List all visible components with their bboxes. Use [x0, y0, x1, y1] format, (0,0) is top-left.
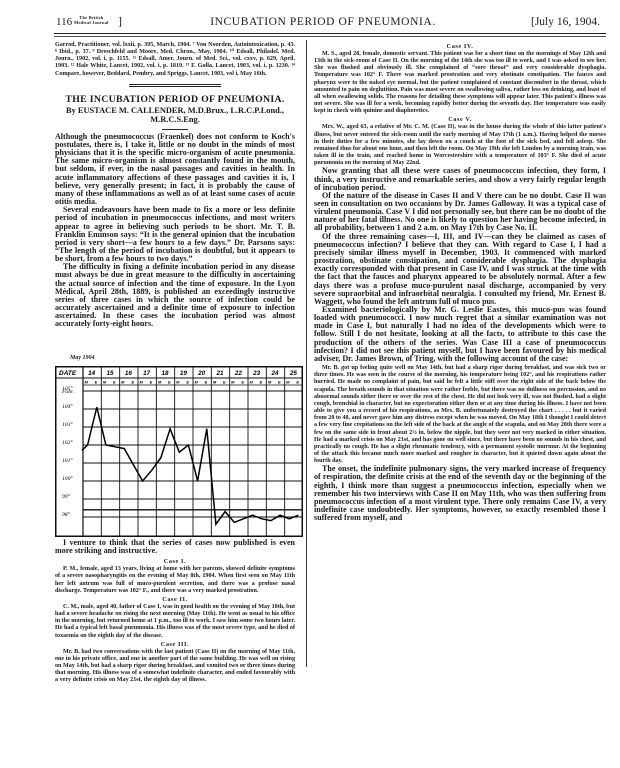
- date-column-label: 17: [143, 370, 151, 377]
- right-column: Case IV. M. S., aged 28, female, domesti…: [314, 42, 606, 522]
- morning-label: M: [85, 380, 89, 385]
- y-tick-label: 102°: [62, 439, 73, 446]
- references: Garrod, Practitioner, vol. lxxii, p. 395…: [55, 42, 295, 78]
- case-text: Mrs. W., aged 63, a relative of Mr. C. M…: [314, 124, 606, 167]
- paragraph-intro: Although the pneumococcus (Fraenkel) doe…: [55, 133, 295, 206]
- paragraph-venture: I venture to think that the series of ca…: [55, 539, 295, 555]
- evening-label: E: [150, 380, 153, 385]
- article-title: THE INCUBATION PERIOD OF PNEUMONIA.: [55, 94, 295, 106]
- y-tick-label: 99°: [62, 493, 71, 500]
- date-column-label: 15: [107, 370, 115, 377]
- title-separator: [162, 129, 188, 130]
- y-tick-label: 105°: [62, 385, 73, 392]
- date-column-label: 23: [252, 370, 261, 377]
- date-header-label: DATE: [59, 370, 77, 377]
- date-column-label: 24: [271, 370, 280, 377]
- paragraph-difficulty: The difficulty in fixing a definite incu…: [55, 263, 295, 328]
- column-divider: [306, 572, 307, 667]
- header-rule: [54, 33, 606, 34]
- header-rule-thin: [54, 36, 606, 37]
- morning-label: M: [103, 380, 107, 385]
- left-column-bottom: I venture to think that the series of ca…: [55, 539, 295, 685]
- morning-label: M: [121, 380, 125, 385]
- left-column-top: Garrod, Practitioner, vol. lxxii, p. 395…: [55, 42, 295, 329]
- date-column-label: 22: [234, 370, 243, 377]
- column-divider: [306, 312, 307, 572]
- evening-label: E: [168, 380, 171, 385]
- issue-date: [July 16, 1904.: [531, 16, 600, 28]
- case-heading: Case III.: [55, 641, 295, 649]
- evening-label: E: [278, 380, 281, 385]
- evening-label: E: [296, 380, 299, 385]
- case-heading: Case I.: [55, 558, 295, 566]
- case-text: M. S., aged 28, female, domestic servant…: [314, 51, 606, 115]
- evening-label: E: [260, 380, 263, 385]
- case-text: C. M., male, aged 40, father of Case I, …: [55, 604, 295, 640]
- date-column-label: 18: [162, 370, 170, 377]
- temperature-chart: DATE14ME15ME16ME17ME18ME19ME20ME21ME22ME…: [55, 366, 303, 537]
- date-column-label: 16: [125, 370, 133, 377]
- evening-label: E: [186, 380, 189, 385]
- paragraph-bacteriology: Examined bacteriologically by Mr. G. Les…: [314, 306, 606, 363]
- date-column-label: 14: [88, 370, 96, 377]
- paragraph-endeavours: Several endeavours have been made to fix…: [55, 206, 295, 263]
- date-column-label: 25: [289, 370, 298, 377]
- author-degree: M.R.C.S.Eng.: [55, 115, 295, 125]
- paragraph-onset: The onset, the indefinite pulmonary sign…: [314, 465, 606, 522]
- running-title: INCUBATION PERIOD OF PNEUMONIA.: [40, 16, 606, 28]
- morning-label: M: [140, 380, 144, 385]
- morning-label: M: [268, 380, 272, 385]
- case-heading: Case II.: [55, 596, 295, 604]
- case-text: P. M., female, aged 13 years, living at …: [55, 566, 295, 595]
- case-text: Mr. B. had two conversations with the la…: [55, 649, 295, 685]
- evening-label: E: [95, 380, 98, 385]
- paragraph-nature: Of the nature of the disease in Cases II…: [314, 192, 606, 233]
- morning-label: M: [231, 380, 235, 385]
- morning-label: M: [250, 380, 254, 385]
- page-header: 116 The British Medical Journal ] INCUBA…: [40, 14, 606, 32]
- paragraph-granting: Now granting that all these were cases o…: [314, 167, 606, 191]
- y-tick-label: 103°: [62, 421, 73, 428]
- morning-label: M: [176, 380, 180, 385]
- morning-label: M: [286, 380, 290, 385]
- y-tick-label: 98°: [62, 511, 71, 518]
- y-tick-label: 104°: [62, 403, 73, 410]
- evening-label: E: [131, 380, 134, 385]
- evening-label: E: [223, 380, 226, 385]
- morning-label: M: [195, 380, 199, 385]
- author-line: By EUSTACE M. CALLENDER, M.D.Brux., L.R.…: [55, 106, 295, 116]
- evening-label: E: [205, 380, 208, 385]
- morning-label: M: [158, 380, 162, 385]
- date-column-label: 19: [180, 370, 188, 377]
- chart-caption: May 1904: [70, 355, 95, 361]
- evening-label: E: [241, 380, 244, 385]
- column-divider: [306, 40, 307, 312]
- date-column-label: 21: [216, 370, 225, 377]
- paragraph-remaining-cases: Of the three remaining cases—I, III, and…: [314, 233, 606, 306]
- temperature-chart-svg: DATE14ME15ME16ME17ME18ME19ME20ME21ME22ME…: [55, 366, 303, 537]
- morning-label: M: [213, 380, 217, 385]
- quoted-account: Mr. B. got up feeling quite well on May …: [314, 365, 606, 465]
- date-column-label: 20: [197, 370, 206, 377]
- evening-label: E: [113, 380, 116, 385]
- y-tick-label: 100°: [62, 475, 73, 482]
- y-tick-label: 101°: [62, 457, 73, 464]
- case-heading: Case IV.: [314, 43, 606, 51]
